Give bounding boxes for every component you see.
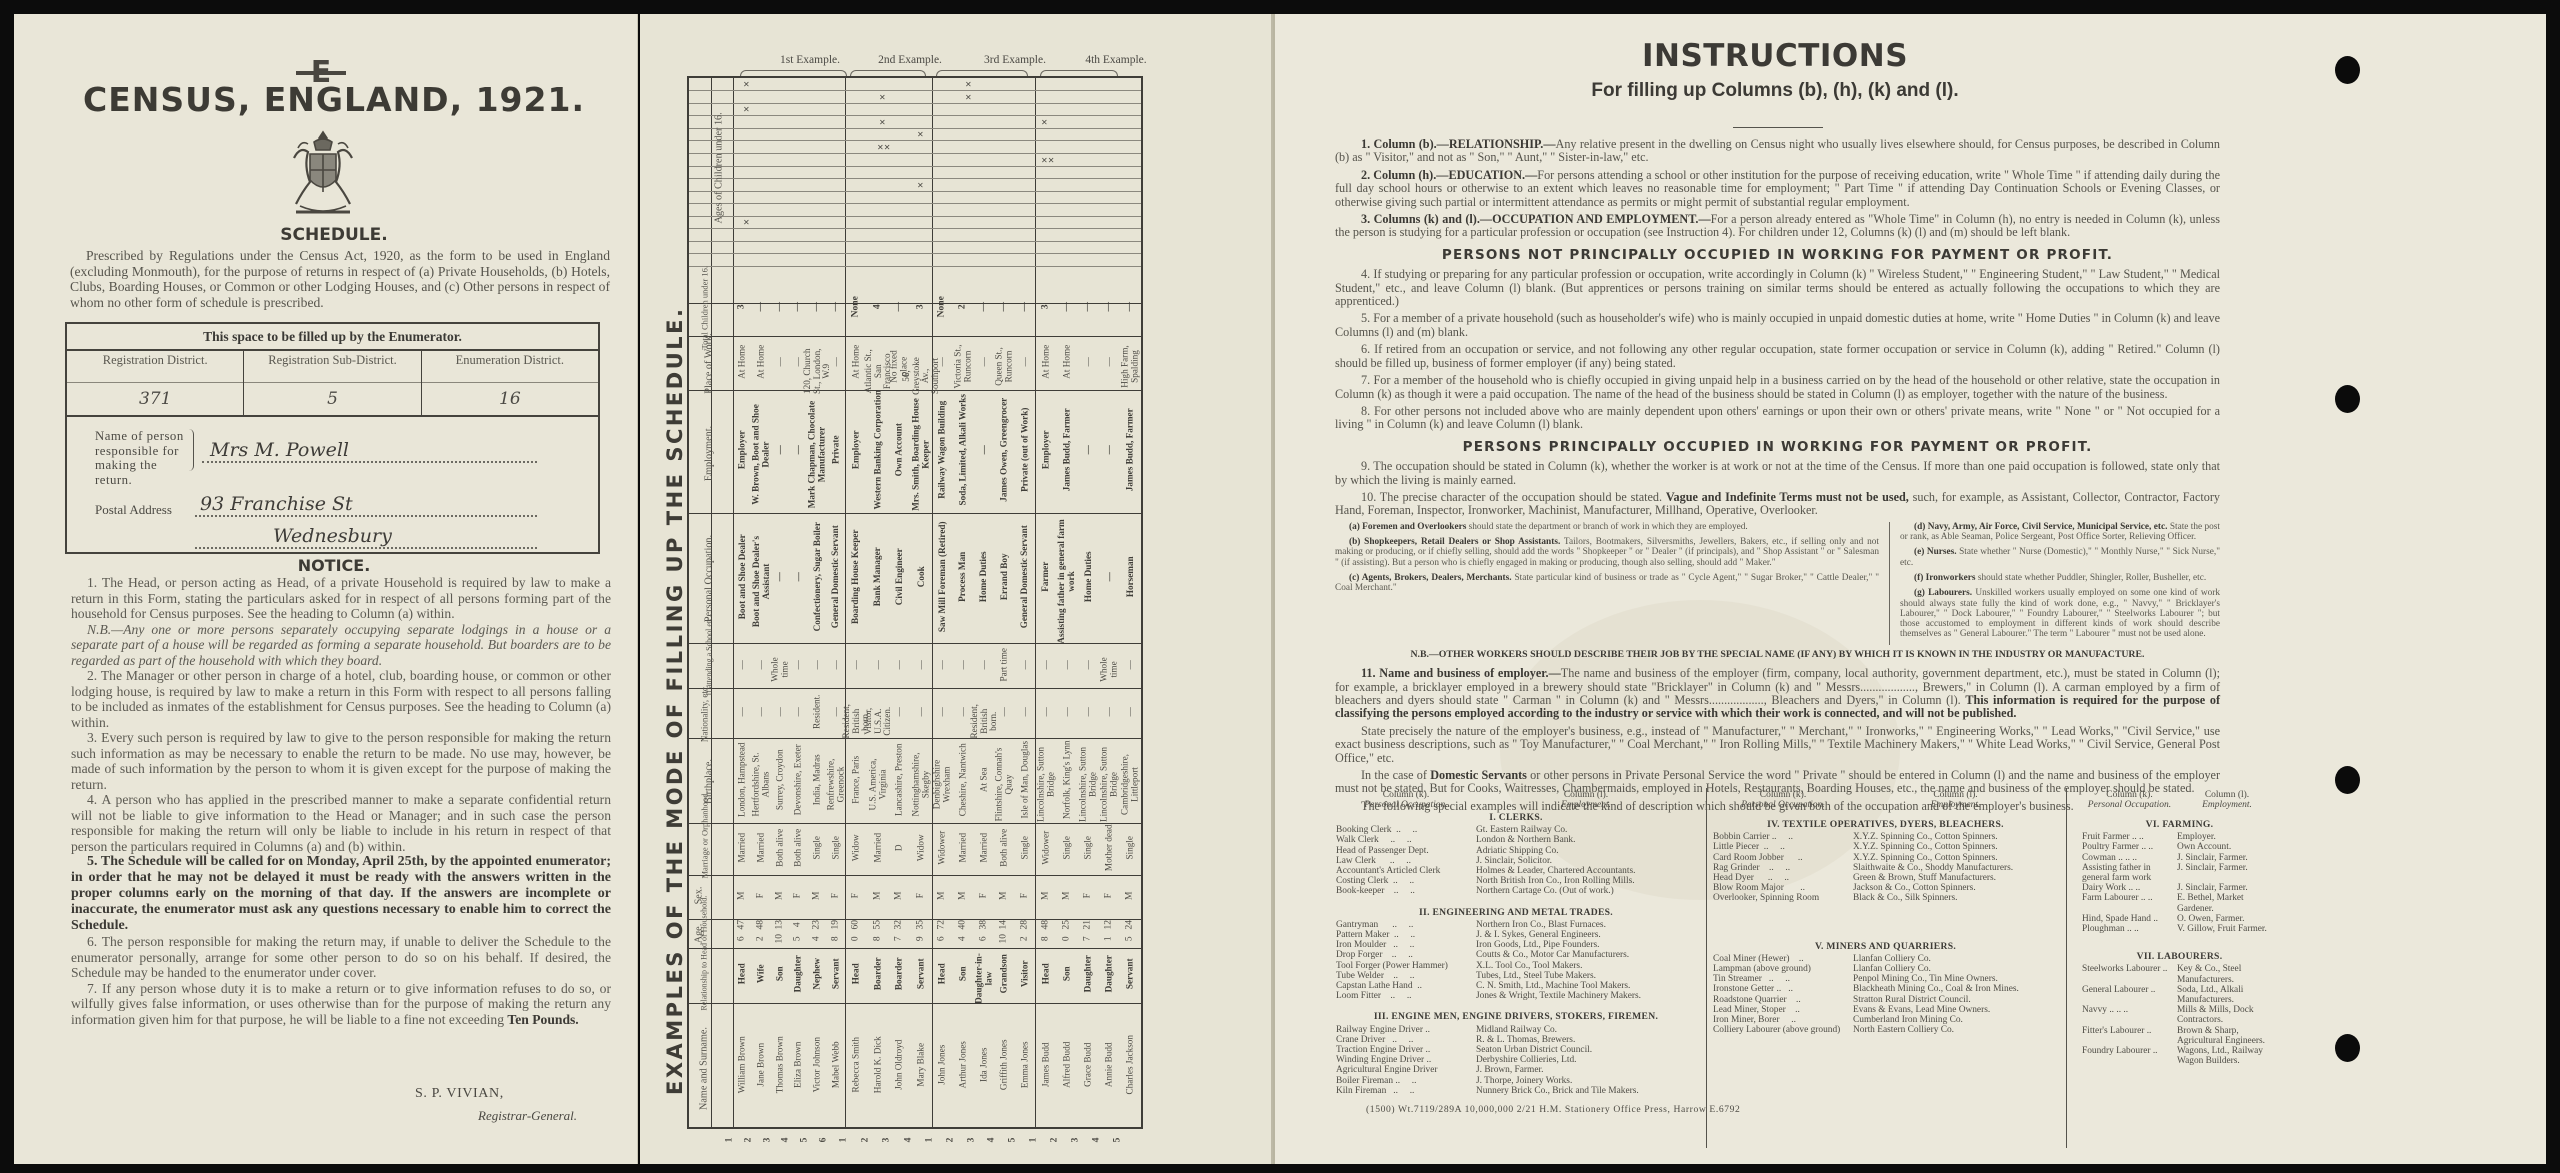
- personal-occupation: Iron Moulder .. ..: [1336, 940, 1476, 950]
- example-cell-nationality: —: [1062, 689, 1072, 735]
- examples-row: Railway Engine Driver ..Midland Railway …: [1336, 1025, 1696, 1035]
- examples-row: Overlooker, Spinning RoomBlack & Co., Si…: [1713, 893, 2058, 903]
- example-cell-nationality: —: [1041, 689, 1051, 735]
- enumerator-box: This space to be filled up by the Enumer…: [65, 322, 600, 554]
- examples-row: Blow Room Major ..Jackson & Co., Cotton …: [1713, 883, 2058, 893]
- age-line: [689, 178, 1141, 179]
- spacer: [2082, 934, 2277, 942]
- example-cell-school: —: [756, 644, 766, 686]
- personal-occupation: Tube Welder .. ..: [1336, 971, 1476, 981]
- subrule-lead: (f) Ironworkers: [1914, 573, 1976, 583]
- examples-row: Lead Miner, Stoper ..Evans & Evans, Lead…: [1713, 1005, 2058, 1015]
- notice-body: 1. The Head, or person acting as Head, o…: [71, 575, 611, 1027]
- example-cell-place: —: [979, 337, 989, 387]
- examples-row: Drop Forger .. ..Coutts & Co., Motor Car…: [1336, 950, 1696, 960]
- example-cell-sex: M: [999, 884, 1009, 908]
- example-cell-ms: 6: [738, 932, 748, 946]
- example-cell-total: 3: [916, 294, 926, 320]
- examples-row: Tin Streamer .. ..Penpol Mining Co., Tin…: [1713, 974, 2058, 984]
- example-cell-nationality: —: [1104, 689, 1114, 735]
- postal-address-line2[interactable]: Wednesbury: [273, 525, 392, 547]
- example-cell-marriage: Widower: [938, 824, 948, 872]
- employment: R. & L. Thomas, Brewers.: [1476, 1035, 1696, 1045]
- example-cell-employment: Mark Chapman, Chocolate Manufacturer: [808, 395, 827, 515]
- example-cell-nationality: Resident, British born.: [969, 698, 998, 744]
- header-relationship: Relationship to Head of Household.: [699, 941, 710, 1011]
- example-cell-yrs: 48: [1041, 918, 1051, 932]
- example-cell-total: —: [756, 294, 766, 320]
- example-cell-total: 4: [873, 294, 883, 320]
- age-line: [689, 90, 1141, 91]
- example-cell-employment: —: [775, 390, 785, 510]
- spacer: [1336, 897, 1696, 905]
- example-cell-name: John Jones: [938, 1006, 948, 1124]
- employment: J. Thorpe, Joinery Works.: [1476, 1076, 1696, 1086]
- example-cell-employment: Soda, Limited, Alkali Works: [958, 390, 968, 510]
- example-cell-birthplace: Renfrewshire, Greenock: [826, 745, 845, 825]
- example-cell-occupation: Process Man: [958, 514, 968, 639]
- example-cell-total: —: [775, 294, 785, 320]
- example-cell-marriage: Single: [1126, 824, 1136, 872]
- example-cell-sex: F: [756, 884, 766, 908]
- example-cell-name: Arthur Jones: [958, 1006, 968, 1124]
- age-line: [689, 266, 1141, 267]
- row-number: 1: [1028, 1138, 1038, 1143]
- employment: J. Sinclair, Solicitor.: [1476, 856, 1696, 866]
- personal-occupation: Ploughman .. ..: [2082, 924, 2177, 934]
- example-cell-marriage: Single: [831, 824, 841, 872]
- column-divider: [1706, 788, 1707, 1148]
- registration-district-field[interactable]: Registration District. 371: [67, 351, 244, 415]
- punch-hole: [2335, 385, 2360, 413]
- example-cell-occupation: Errand Boy: [999, 514, 1009, 639]
- example-cell-employment: W. Brown, Boot and Shoe Dealer: [752, 395, 771, 515]
- royal-coat-of-arms-icon: [288, 128, 358, 220]
- row-number: 5: [799, 1138, 809, 1143]
- examples-row: Colliery Labourer (above ground)North Ea…: [1713, 1025, 2058, 1035]
- example-3-block: [1035, 78, 1036, 1127]
- example-cell-employment: James Owen, Greengrocer: [999, 390, 1009, 510]
- example-cell-ms: 7: [895, 932, 905, 946]
- example-cell-place: At Home: [738, 337, 748, 387]
- example-cell-marriage: Widow: [851, 824, 861, 872]
- personal-occupation: Winding Engine Driver ..: [1336, 1055, 1476, 1065]
- examples-group-title: V. MINERS AND QUARRIERS.: [1713, 942, 2058, 952]
- examples-row: Head of Passenger Dept.Adriatic Shipping…: [1336, 846, 1696, 856]
- example-cell-occupation: Home Duties: [1083, 514, 1093, 639]
- instruction-7: 7. For a member of the household who is …: [1335, 374, 2220, 401]
- header-personal-occupation: Personal Occupation.: [704, 529, 715, 629]
- employment: J. Sinclair, Farmer.: [2177, 853, 2277, 863]
- child-age-mark: ✕: [879, 93, 886, 102]
- personal-occupation: Tin Streamer .. ..: [1713, 974, 1853, 984]
- example-cell-marriage: Single: [1083, 824, 1093, 872]
- document-title: CENSUS, ENGLAND, 1921.: [64, 80, 604, 119]
- personal-occupation: Fruit Farmer .. ..: [2082, 832, 2177, 842]
- example-label-2: 2nd Example.: [860, 54, 960, 66]
- example-cell-ms: 10: [999, 932, 1009, 946]
- example-cell-total: —: [794, 294, 804, 320]
- example-cell-nationality: —: [938, 689, 948, 735]
- subrule-lead: (a) Foremen and Overlookers: [1349, 522, 1466, 532]
- examples-row: Ironstone Getter .. ..Blackheath Mining …: [1713, 984, 2058, 994]
- example-cell-name: Mabel Webb: [831, 1006, 841, 1124]
- subrule-lead: (e) Nurses.: [1914, 547, 1957, 557]
- example-cell-name: Eliza Brown: [794, 1006, 804, 1124]
- example-cell-marriage: Single: [1020, 824, 1030, 872]
- example-cell-total: —: [1083, 294, 1093, 320]
- example-cell-name: Emma Jones: [1020, 1006, 1030, 1124]
- subrule-c: (c) Agents, Brokers, Dealers, Merchants.…: [1335, 573, 1879, 594]
- example-cell-sex: M: [895, 884, 905, 908]
- subrule-e: (e) Nurses. State whether " Nurse (Domes…: [1900, 547, 2220, 568]
- example-cell-marriage: Both alive: [999, 824, 1009, 872]
- examples-row: Ploughman .. ..V. Gillow, Fruit Farmer.: [2082, 924, 2277, 934]
- employment: Tubes, Ltd., Steel Tube Makers.: [1476, 971, 1696, 981]
- age-line: [689, 115, 1141, 116]
- personal-occupation: Cowman .. .. ..: [2082, 853, 2177, 863]
- example-cell-employment: Railway Wagon Building: [938, 390, 948, 510]
- personal-occupation: Capstan Lathe Hand ..: [1336, 981, 1476, 991]
- example-cell-rel: Head: [851, 948, 861, 1000]
- row-number: 4: [1092, 1138, 1102, 1143]
- example-cell-sex: M: [938, 884, 948, 908]
- personal-occupation: Little Piecer .. ..: [1713, 842, 1853, 852]
- example-cell-place: At Home: [1062, 337, 1072, 387]
- example-cell-sex: F: [979, 884, 989, 908]
- employment: X.Y.Z. Spinning Co., Cotton Spinners.: [1853, 853, 2058, 863]
- example-cell-nationality: —: [775, 689, 785, 735]
- employment: J. Sinclair, Farmer.: [2177, 863, 2277, 883]
- subrule-lead: (c) Agents, Brokers, Dealers, Merchants.: [1349, 573, 1512, 583]
- examples-row: Coal Miner (Hewer) ..Llanfan Colliery Co…: [1713, 954, 2058, 964]
- employment: Black & Co., Silk Spinners.: [1853, 893, 2058, 903]
- example-cell-sex: F: [916, 884, 926, 908]
- employment: North Eastern Colliery Co.: [1853, 1025, 2058, 1035]
- example-cell-school: —: [738, 644, 748, 686]
- example-cell-total: None: [938, 294, 948, 320]
- notice-heading: NOTICE.: [64, 556, 604, 575]
- examples-row: Pattern Maker .. ..J. & I. Sykes, Genera…: [1336, 930, 1696, 940]
- employment: J. Sinclair, Farmer.: [2177, 883, 2277, 893]
- example-cell-place: Queen St., Runcorn: [995, 342, 1014, 392]
- instruction-5: 5. For a member of a private household (…: [1335, 312, 2220, 339]
- example-cell-nationality: Visitor, U.S.A. Citizen.: [863, 698, 892, 744]
- employment: Blackheath Mining Co., Coal & Iron Mines…: [1853, 984, 2058, 994]
- example-cell-yrs: 12: [1104, 918, 1114, 932]
- punch-hole: [2335, 56, 2360, 84]
- column-k-header: Column (k).Personal Occupation.: [1336, 790, 1476, 810]
- example-cell-birthplace: Cambridgeshire, Littleport: [1121, 745, 1140, 825]
- child-age-mark: ✕: [917, 181, 924, 190]
- personal-occupation: Head Dyer .. ..: [1713, 873, 1853, 883]
- example-cell-place: —: [831, 337, 841, 387]
- example-cell-ms: 8: [873, 932, 883, 946]
- subrule-d: (d) Navy, Army, Air Force, Civil Service…: [1900, 522, 2220, 543]
- example-cell-nationality: —: [831, 689, 841, 735]
- example-cell-employment: James Budd, Farmer: [1126, 390, 1136, 510]
- field-label: Registration Sub-District.: [244, 351, 420, 383]
- examples-row: Loom Fitter .. ..Jones & Wright, Textile…: [1336, 991, 1696, 1001]
- personal-occupation: Booking Clerk .. ..: [1336, 825, 1476, 835]
- subrules-left: (a) Foremen and Overlookers should state…: [1335, 522, 1890, 645]
- instruction-1: 1. Column (b).—RELATIONSHIP.—Any relativ…: [1335, 138, 2220, 165]
- example-cell-birthplace: U.S. America, Virginia: [868, 745, 887, 825]
- signature-name: S. P. VIVIAN,: [415, 1086, 504, 1102]
- registration-sub-district-field[interactable]: Registration Sub-District. 5: [244, 351, 421, 415]
- example-cell-sex: M: [1126, 884, 1136, 908]
- example-cell-occupation: Farmer: [1041, 514, 1051, 639]
- employment: Coutts & Co., Motor Car Manufacturers.: [1476, 950, 1696, 960]
- example-cell-total: —: [999, 294, 1009, 320]
- age-line: [689, 128, 1141, 129]
- age-line: [689, 228, 1141, 229]
- header-column: [733, 78, 734, 1127]
- row-number: 2: [860, 1138, 870, 1143]
- spacer: [1713, 1035, 2058, 1063]
- example-cell-marriage: Widow: [916, 824, 926, 872]
- row-number: 3: [966, 1138, 976, 1143]
- example-cell-name: Ida Jones: [979, 1006, 989, 1124]
- example-cell-employment: —: [1083, 390, 1093, 510]
- example-cell-occupation: Confectionery, Sugar Boiler: [812, 514, 822, 639]
- example-cell-yrs: 24: [1126, 918, 1136, 932]
- employment: Employer.: [2177, 832, 2277, 842]
- example-cell-school: Whole time: [1100, 649, 1119, 691]
- example-cell-birthplace: Lincolnshire, Sutton Bridge: [1079, 745, 1098, 825]
- examples-group-title: II. ENGINEERING AND METAL TRADES.: [1336, 908, 1696, 918]
- example-cell-nationality: —: [958, 689, 968, 735]
- example-cell-marriage: Single: [812, 824, 822, 872]
- notice-item-5: 5. The Schedule will be called for on Mo…: [71, 854, 611, 934]
- examples-row: Walk Clerk .. ..London & Northern Bank.: [1336, 835, 1696, 845]
- child-age-mark: ✕: [965, 80, 972, 89]
- column-l-header: Column (l).Employment.: [2177, 790, 2277, 810]
- example-cell-birthplace: Cheshire, Nantwich: [958, 740, 968, 820]
- subrule-b: (b) Shopkeepers, Retail Dealers or Shop …: [1335, 537, 1879, 568]
- employment: X.Y.Z. Spinning Co., Cotton Spinners.: [1853, 842, 2058, 852]
- employment: Nunnery Brick Co., Brick and Tile Makers…: [1476, 1086, 1696, 1096]
- examples-row: Book-keeper .. ..Northern Cartage Co. (O…: [1336, 886, 1696, 896]
- examples-row: Accountant's Articled ClerkHolmes & Lead…: [1336, 866, 1696, 876]
- example-cell-total: —: [812, 294, 822, 320]
- personal-occupation: Steelworks Labourer ..: [2082, 964, 2177, 984]
- notice-item-4: 4. A person who has applied in the presc…: [71, 792, 611, 854]
- notice-item-6: 6. The person responsible for making the…: [71, 934, 611, 981]
- example-cell-school: —: [1083, 644, 1093, 686]
- example-cell-yrs: 47: [738, 918, 748, 932]
- section-heading-occupied: PERSONS PRINCIPALLY OCCUPIED IN WORKING …: [1335, 441, 2220, 454]
- subrule-text: should state the department or branch of…: [1469, 522, 1748, 532]
- example-cell-employment: Private (out of Work): [1020, 390, 1030, 510]
- example-cell-school: —: [812, 644, 822, 686]
- example-cell-nationality: —: [1020, 689, 1030, 735]
- row-number: 3: [1070, 1138, 1080, 1143]
- employment: Northern Cartage Co. (Out of work.): [1476, 886, 1696, 896]
- example-cell-ms: 5: [794, 932, 804, 946]
- subrule-text: should state whether Puddler, Shingler, …: [1978, 573, 2206, 583]
- example-cell-ms: 6: [938, 932, 948, 946]
- example-cell-occupation: Saw Mill Foreman (Retired): [938, 514, 948, 639]
- subrule-lead: (g) Labourers.: [1914, 588, 1972, 598]
- enumeration-district-field[interactable]: Enumeration District. 16: [422, 351, 598, 415]
- examples-row: Iron Miner, Borer ..Cumberland Iron Mini…: [1713, 1015, 2058, 1025]
- example-cell-place: —: [938, 337, 948, 387]
- example-cell-school: —: [851, 644, 861, 686]
- example-cell-yrs: 21: [1083, 918, 1093, 932]
- personal-occupation: Costing Clerk .. ..: [1336, 876, 1476, 886]
- row-number: 3: [762, 1138, 772, 1143]
- example-cell-rel: Head: [738, 948, 748, 1000]
- example-label-4: 4th Example.: [1066, 54, 1166, 66]
- example-cell-name: Grace Budd: [1083, 1006, 1093, 1124]
- examples-group-title: VI. FARMING.: [2082, 820, 2277, 830]
- field-value: 5: [244, 383, 420, 415]
- example-cell-occupation: —: [775, 514, 785, 639]
- example-cell-total: None: [851, 294, 861, 320]
- example-cell-occupation: Boot and Shoe Dealer's Assistant: [752, 519, 771, 644]
- example-cell-marriage: Widower: [1041, 824, 1051, 872]
- example-cell-name: Griffith Jones: [999, 1006, 1009, 1124]
- examples-row: Tool Forger (Power Hammer)X.L. Tool Co.,…: [1336, 961, 1696, 971]
- example-cell-nationality: —: [1083, 689, 1093, 735]
- row-number: 4: [904, 1138, 914, 1143]
- example-cell-rel: Daughter: [1104, 948, 1114, 1000]
- example-cell-nationality: —: [1126, 689, 1136, 735]
- row-number: 2: [945, 1138, 955, 1143]
- instructions-body: 1. Column (b).—RELATIONSHIP.—Any relativ…: [1335, 138, 2220, 817]
- examples-group-title: IV. TEXTILE OPERATIVES, DYERS, BLEACHERS…: [1713, 820, 2058, 830]
- examples-row: Assisting father in general farm workJ. …: [2082, 863, 2277, 883]
- examples-row: Agricultural Engine DriverJ. Brown, Farm…: [1336, 1065, 1696, 1075]
- personal-occupation: Boiler Fireman .. ..: [1336, 1076, 1476, 1086]
- employment: Iron Goods, Ltd., Pipe Founders.: [1476, 940, 1696, 950]
- employment: Mills & Mills, Dock Contractors.: [2177, 1005, 2277, 1025]
- instruction-6: 6. If retired from an occupation or serv…: [1335, 343, 2220, 370]
- instruction-lead: 1. Column (b).—RELATIONSHIP.—: [1361, 137, 1556, 151]
- example-cell-birthplace: Lincolnshire, Sutton Bridge: [1036, 745, 1055, 825]
- example-cell-nationality: —: [895, 689, 905, 735]
- example-cell-school: —: [831, 644, 841, 686]
- personal-occupation: Overlooker, Spinning Room: [1713, 893, 1853, 903]
- examples-row: Traction Engine Driver ..Seaton Urban Di…: [1336, 1045, 1696, 1055]
- example-cell-name: Jane Brown: [756, 1006, 766, 1124]
- responsible-person-value[interactable]: Mrs M. Powell: [210, 439, 349, 461]
- example-cell-birthplace: Isle of Man, Douglas: [1020, 740, 1030, 820]
- examples-row: Lampman (above ground)Llanfan Colliery C…: [1713, 964, 2058, 974]
- examples-row: Crane Driver .. ..R. & L. Thomas, Brewer…: [1336, 1035, 1696, 1045]
- example-cell-ms: 9: [916, 932, 926, 946]
- example-cell-nationality: —: [738, 689, 748, 735]
- example-cell-place: —: [1083, 337, 1093, 387]
- example-cell-rel: Wife: [756, 948, 766, 1000]
- example-cell-yrs: 14: [999, 918, 1009, 932]
- example-cell-ms: 2: [1020, 932, 1030, 946]
- dotted-line: [195, 515, 537, 517]
- employment: Adriatic Shipping Co.: [1476, 846, 1696, 856]
- example-cell-name: Harold K. Dick: [873, 1006, 883, 1124]
- postal-address-line1[interactable]: 93 Franchise St: [200, 493, 353, 515]
- employment: Penpol Mining Co., Tin Mine Owners.: [1853, 974, 2058, 984]
- example-cell-yrs: 60: [851, 918, 861, 932]
- section-heading-not-occupied: PERSONS NOT PRINCIPALLY OCCUPIED IN WORK…: [1335, 249, 2220, 262]
- example-cell-ms: 1: [1104, 932, 1114, 946]
- personal-occupation: Ironstone Getter .. ..: [1713, 984, 1853, 994]
- instruction-text: In the case of: [1361, 768, 1427, 782]
- instruction-11b: State precisely the nature of the employ…: [1335, 725, 2220, 765]
- personal-occupation: Poultry Farmer .. ..: [2082, 842, 2177, 852]
- subrule-lead: (d) Navy, Army, Air Force, Civil Service…: [1914, 522, 2167, 532]
- example-cell-marriage: Single: [1062, 824, 1072, 872]
- example-cell-birthplace: France, Paris: [851, 740, 861, 820]
- employment: Midland Railway Co.: [1476, 1025, 1696, 1035]
- examples-row: Card Room Jobber ..X.Y.Z. Spinning Co., …: [1713, 853, 2058, 863]
- example-cell-rel: Head: [1041, 948, 1051, 1000]
- personal-occupation: Colliery Labourer (above ground): [1713, 1025, 1853, 1035]
- instruction-text: 10. The precise character of the occupat…: [1361, 490, 1662, 504]
- example-cell-sex: M: [958, 884, 968, 908]
- column-l-header: Column (l).Employment.: [1476, 790, 1696, 810]
- example-cell-school: —: [1126, 644, 1136, 686]
- personal-occupation: Traction Engine Driver ..: [1336, 1045, 1476, 1055]
- example-cell-sex: F: [794, 884, 804, 908]
- row-number: 2: [1049, 1138, 1059, 1143]
- child-age-mark: ✕✕: [1041, 156, 1054, 165]
- example-cell-marriage: Both alive: [775, 824, 785, 872]
- personal-occupation: Kiln Fireman .. ..: [1336, 1086, 1476, 1096]
- example-cell-occupation: Assisting father in general farm work: [1057, 519, 1076, 644]
- example-cell-total: 2: [958, 294, 968, 320]
- notice-item-7: 7. If any person whose duty it is to mak…: [71, 981, 611, 1028]
- instruction-lead: 11. Name and business of employer.—: [1361, 666, 1561, 680]
- punch-hole: [2335, 1034, 2360, 1062]
- example-cell-school: —: [1041, 644, 1051, 686]
- example-cell-nationality: —: [916, 689, 926, 735]
- employment: Own Account.: [2177, 842, 2277, 852]
- examples-row: Navvy .. .. ..Mills & Mills, Dock Contra…: [2082, 1005, 2277, 1025]
- responsible-person-label: Name of person responsible for making th…: [95, 429, 191, 487]
- example-cell-yrs: 19: [831, 918, 841, 932]
- nb-other-workers: N.B.—OTHER WORKERS SHOULD DESCRIBE THEIR…: [1335, 648, 2220, 661]
- example-cell-place: High Farm, Spalding: [1121, 342, 1140, 392]
- header-place-of-work: Place of Work.: [704, 324, 715, 404]
- example-cell-birthplace: Norfolk, King's Lynn: [1062, 740, 1072, 820]
- column-divider: [2066, 788, 2067, 1148]
- personal-occupation: Hind, Spade Hand ..: [2082, 914, 2177, 924]
- example-cell-rel: Visitor: [1020, 948, 1030, 1000]
- example-cell-marriage: Married: [738, 824, 748, 872]
- personal-occupation: Gantryman .. ..: [1336, 920, 1476, 930]
- notice-item-2: 2. The Manager or other person in charge…: [71, 668, 611, 730]
- employment: London & Northern Bank.: [1476, 835, 1696, 845]
- example-cell-sex: M: [738, 884, 748, 908]
- example-cell-school: —: [1062, 644, 1072, 686]
- header-marriage: Marriage or Orphanhood.: [700, 819, 711, 879]
- example-cell-school: —: [958, 644, 968, 686]
- examples-row: Boiler Fireman .. ..J. Thorpe, Joinery W…: [1336, 1076, 1696, 1086]
- example-cell-rel: Servant: [1126, 948, 1136, 1000]
- employment: Jackson & Co., Cotton Spinners.: [1853, 883, 2058, 893]
- employment: Holmes & Leader, Chartered Accountants.: [1476, 866, 1696, 876]
- personal-occupation: General Labourer ..: [2082, 985, 2177, 1005]
- employment: J. & I. Sykes, General Engineers.: [1476, 930, 1696, 940]
- examples-group-title: III. ENGINE MEN, ENGINE DRIVERS, STOKERS…: [1336, 1012, 1696, 1022]
- example-cell-rel: Son: [1062, 948, 1072, 1000]
- examples-row: Cowman .. .. ..J. Sinclair, Farmer.: [2082, 853, 2277, 863]
- example-cell-name: William Brown: [738, 1006, 748, 1124]
- example-cell-rel: Servant: [831, 948, 841, 1000]
- row-number: 4: [986, 1138, 996, 1143]
